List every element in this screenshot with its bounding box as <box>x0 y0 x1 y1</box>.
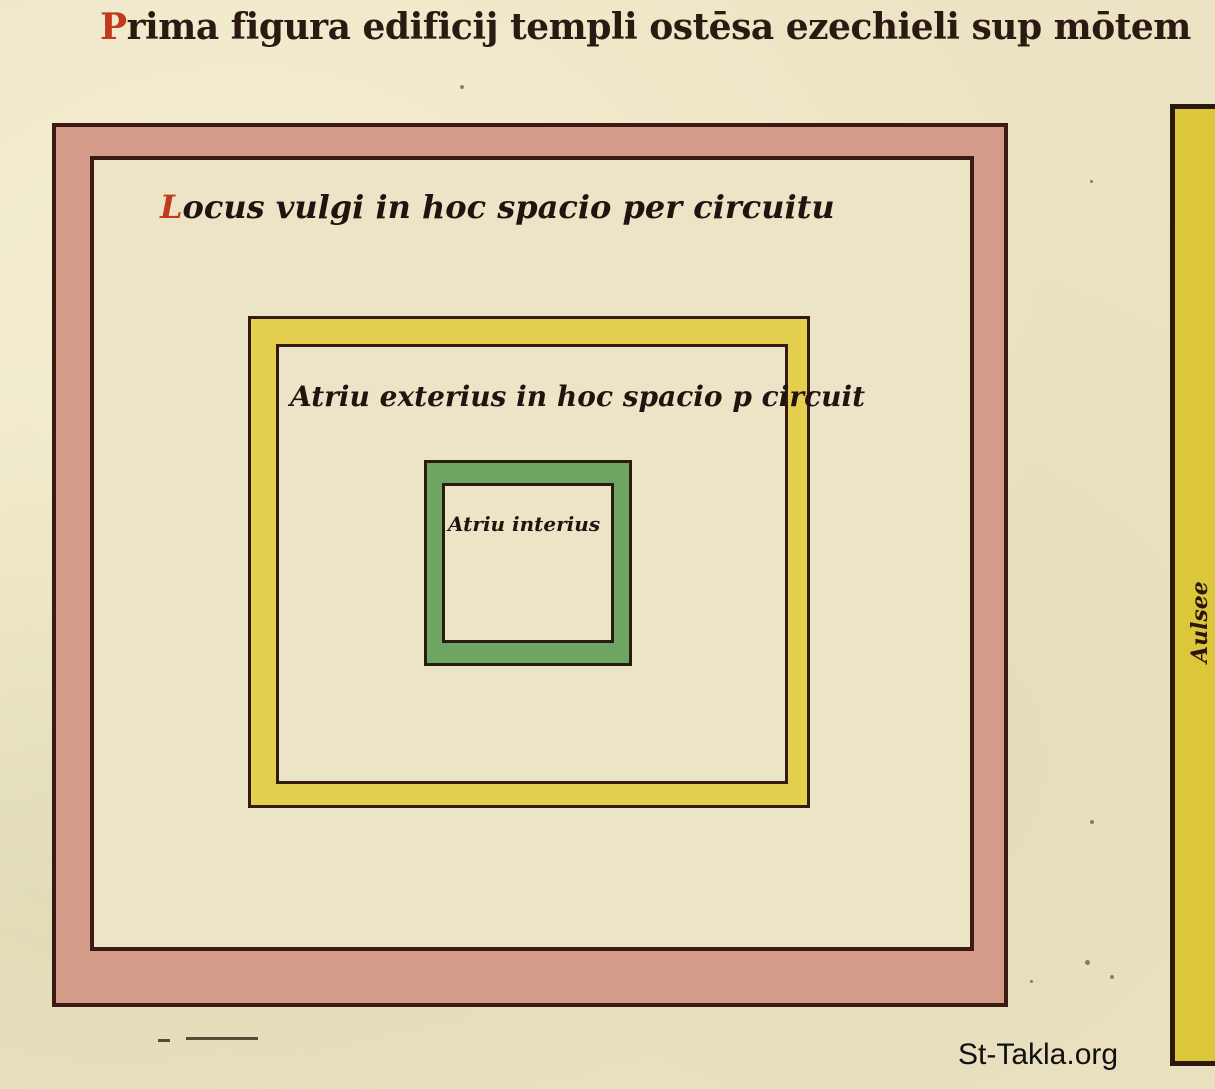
inner-atrium-label: Atriu interius <box>448 512 600 536</box>
right-panel-label: Aulsee <box>1187 583 1213 663</box>
outer-court-label: Locus vulgi in hoc spacio per circuitu <box>160 188 835 226</box>
watermark: St-Takla.org <box>958 1038 1118 1072</box>
ink-speck <box>1030 980 1033 983</box>
ink-speck <box>1085 960 1090 965</box>
ink-speck <box>460 85 464 89</box>
title-rubric-initial: P <box>100 6 127 48</box>
outer-atrium-label: Atriu exterius in hoc spacio p circuit <box>290 380 865 413</box>
ink-speck <box>1090 820 1094 824</box>
ink-speck <box>1090 180 1093 183</box>
page-title: Prima figura edificij templi ostēsa ezec… <box>100 6 1191 48</box>
ink-speck <box>1110 975 1114 979</box>
outer-label-rubric-initial: L <box>160 188 183 226</box>
stray-ink-mark <box>158 1039 170 1042</box>
inner-atrium-interior <box>442 483 614 643</box>
stray-ink-mark <box>186 1037 258 1040</box>
outer-label-text: ocus vulgi in hoc spacio per circuitu <box>183 188 835 226</box>
title-text: rima figura edificij templi ostēsa ezech… <box>127 6 1191 48</box>
